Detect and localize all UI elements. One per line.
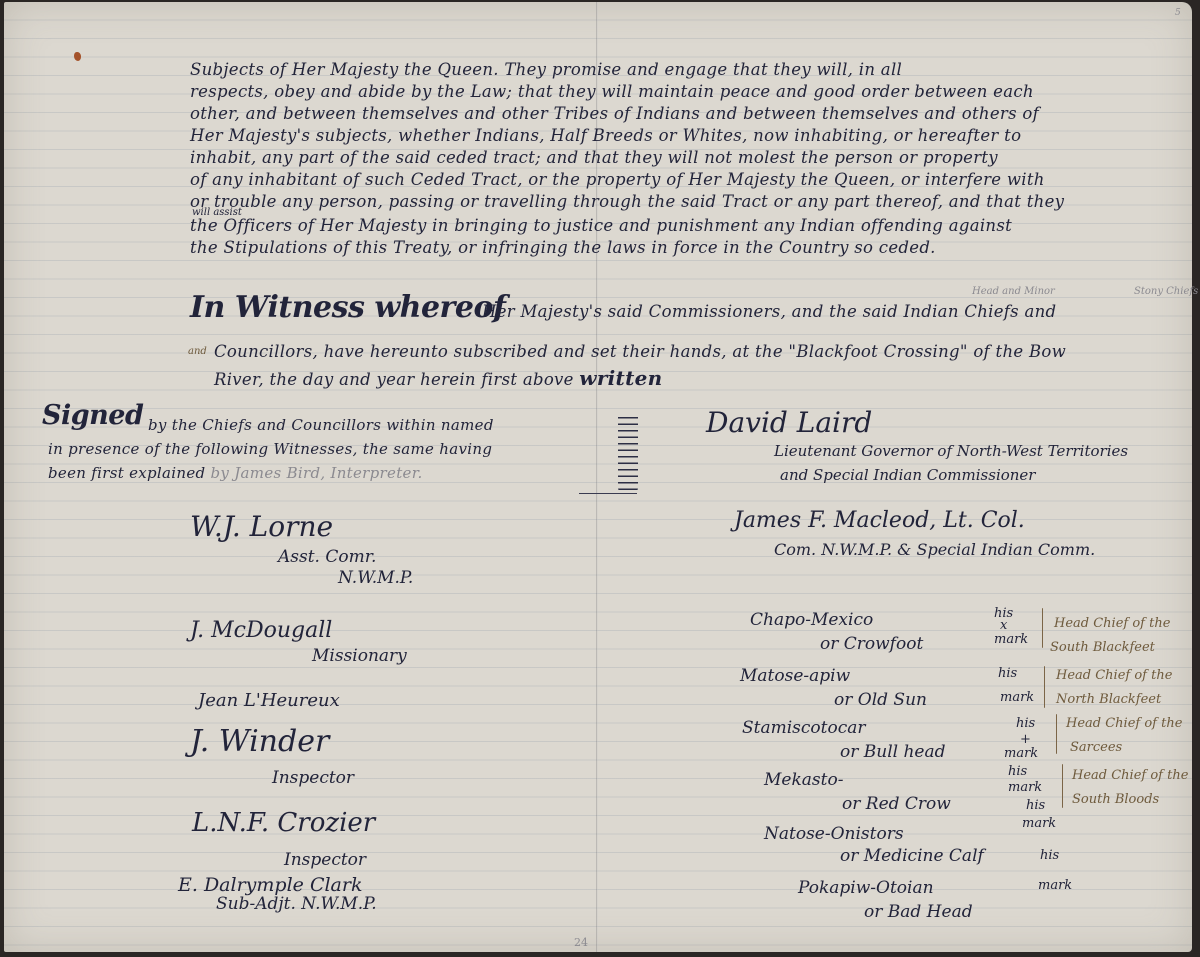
witness-signature: E. Dalrymple Clark	[178, 874, 362, 896]
chief-alias: or Bad Head	[864, 902, 973, 922]
witness-line-1: Her Majesty's said Commissioners, and th…	[482, 302, 1056, 321]
mark-label: mark	[1038, 878, 1072, 893]
chief-alias: or Medicine Calf	[840, 846, 984, 866]
signed-line-3: been first explained by James Bird, Inte…	[48, 464, 423, 482]
brace	[1062, 764, 1063, 808]
ink-stain	[74, 52, 81, 61]
commissioner-title: Lieutenant Governor of North-West Territ…	[774, 442, 1128, 460]
witness-title: Inspector	[284, 850, 366, 870]
chief-description: Head Chief of the	[1056, 668, 1172, 683]
commissioner-signature: James F. Macleod, Lt. Col.	[734, 508, 1025, 533]
body-line-9: the Stipulations of this Treaty, or infr…	[190, 238, 936, 257]
mark-x: x	[1000, 618, 1007, 633]
body-line-7: or trouble any person, passing or travel…	[190, 192, 1064, 211]
insert-stony-chiefs: Stony Chiefs	[1134, 286, 1198, 297]
signed-heading: Signed	[42, 400, 143, 431]
witness-signature: J. Winder	[190, 724, 329, 759]
chief-description: Sarcees	[1070, 740, 1122, 755]
mark-his: his	[1040, 848, 1059, 863]
mark-label: mark	[994, 632, 1028, 647]
witness-title: Missionary	[312, 646, 407, 666]
witness-heading: In Witness whereof	[190, 290, 505, 325]
commissioner-title: and Special Indian Commissioner	[780, 466, 1035, 484]
commissioner-title: Com. N.W.M.P. & Special Indian Comm.	[774, 540, 1095, 559]
body-line-3: other, and between themselves and other …	[190, 104, 1039, 123]
mark-his: his	[1026, 798, 1045, 813]
seal-scribble-mark	[618, 412, 638, 492]
signed-line-2: in presence of the following Witnesses, …	[48, 440, 492, 458]
mark-his: his	[998, 666, 1017, 681]
body-line-1: Subjects of Her Majesty the Queen. They …	[190, 60, 902, 79]
chief-name: Chapo-Mexico	[750, 610, 873, 630]
mark-label: mark	[1004, 746, 1038, 761]
insert-and: and	[188, 346, 207, 357]
chief-name: Pokapiw-Otoian	[798, 878, 934, 898]
witness-title: Sub-Adjt. N.W.M.P.	[216, 894, 377, 914]
chief-name: Natose-Onistors	[764, 824, 904, 844]
chief-name: Stamiscotocar	[742, 718, 866, 738]
body-line-2: respects, obey and abide by the Law; tha…	[190, 82, 1034, 101]
chief-description: Head Chief of the	[1072, 768, 1188, 783]
chief-description: North Blackfeet	[1056, 692, 1161, 707]
mark-his: his	[1008, 764, 1027, 779]
body-line-6: of any inhabitant of such Ceded Tract, o…	[190, 170, 1045, 189]
witness-line-3-text: River, the day and year herein first abo…	[214, 370, 574, 389]
mark-label: mark	[1022, 816, 1056, 831]
mark-his: his	[1016, 716, 1035, 731]
scribble-underline	[579, 493, 637, 494]
treaty-document-page: 5 Subjects of Her Majesty the Queen. The…	[4, 2, 1192, 952]
body-line-5: inhabit, any part of the said ceded trac…	[190, 148, 998, 167]
chief-alias: or Red Crow	[842, 794, 951, 814]
witness-line-2: Councillors, have hereunto subscribed an…	[214, 342, 1066, 361]
chief-alias: or Old Sun	[834, 690, 927, 710]
body-line-4: Her Majesty's subjects, whether Indians,…	[190, 126, 1021, 145]
witness-signature: W.J. Lorne	[190, 510, 333, 543]
mark-label: mark	[1000, 690, 1034, 705]
brace	[1056, 714, 1057, 754]
chief-description: Head Chief of the	[1054, 616, 1170, 631]
body-line-8: the Officers of Her Majesty in bringing …	[190, 216, 1012, 235]
page-number-top: 5	[1175, 8, 1181, 18]
witness-signature: J. McDougall	[190, 618, 332, 643]
chief-name: Mekasto-	[764, 770, 843, 790]
page-number-bottom: 24	[574, 936, 588, 949]
signed-line-3-ink: been first explained	[48, 464, 205, 482]
mark-plus: +	[1020, 732, 1031, 747]
chief-description: Head Chief of the	[1066, 716, 1182, 731]
chief-description: South Blackfeet	[1050, 640, 1155, 655]
witness-line-3-written: written	[579, 366, 662, 390]
insert-head-minor: Head and Minor	[972, 286, 1055, 297]
signed-line-1: by the Chiefs and Councillors within nam…	[148, 416, 494, 434]
signed-line-3-pencil: by James Bird, Interpreter.	[211, 464, 423, 482]
witness-line-3: River, the day and year herein first abo…	[214, 366, 663, 390]
chief-description: South Bloods	[1072, 792, 1159, 807]
brace	[1042, 608, 1043, 648]
mark-label: mark	[1008, 780, 1042, 795]
chief-alias: or Crowfoot	[820, 634, 923, 654]
chief-name: Matose-apiw	[740, 666, 850, 686]
brace	[1044, 666, 1045, 708]
witness-signature: Jean L'Heureux	[198, 690, 340, 711]
chief-alias: or Bull head	[840, 742, 946, 762]
witness-title: Inspector	[272, 768, 354, 788]
witness-signature: L.N.F. Crozier	[192, 808, 375, 838]
commissioner-signature: David Laird	[706, 406, 872, 439]
witness-title: N.W.M.P.	[338, 568, 413, 588]
witness-title: Asst. Comr.	[278, 547, 376, 567]
